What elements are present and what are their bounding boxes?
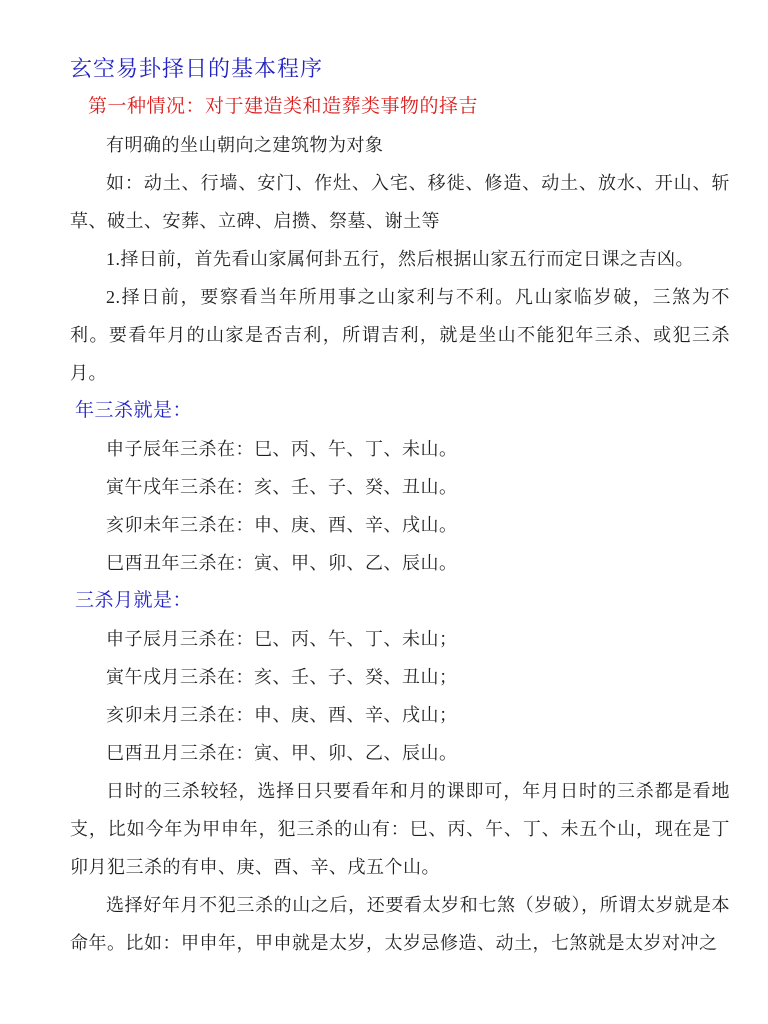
paragraph-intro: 有明确的坐山朝向之建筑物为对象 (70, 126, 730, 164)
page-title: 玄空易卦择日的基本程序 (70, 50, 730, 88)
month-sansha-line: 巳酉丑月三杀在：寅、甲、卯、乙、辰山。 (70, 734, 730, 772)
year-sansha-line: 亥卯未年三杀在：申、庚、酉、辛、戌山。 (70, 506, 730, 544)
case1-heading: 第一种情况：对于建造类和造葬类事物的择吉 (70, 88, 730, 126)
year-sansha-line: 申子辰年三杀在：巳、丙、午、丁、未山。 (70, 430, 730, 468)
paragraph-taisui: 选择好年月不犯三杀的山之后，还要看太岁和七煞（岁破），所谓太岁就是本命年。比如：… (70, 886, 730, 962)
document-page: 玄空易卦择日的基本程序 第一种情况：对于建造类和造葬类事物的择吉 有明确的坐山朝… (0, 0, 768, 1024)
paragraph-step2: 2.择日前，要察看当年所用事之山家利与不利。凡山家临岁破，三煞为不利。要看年月的… (70, 278, 730, 392)
month-sansha-line: 亥卯未月三杀在：申、庚、酉、辛、戌山； (70, 696, 730, 734)
paragraph-day-hour-sansha: 日时的三杀较轻，选择日只要看年和月的课即可，年月日时的三杀都是看地支，比如今年为… (70, 772, 730, 886)
month-sansha-line: 申子辰月三杀在：巳、丙、午、丁、未山； (70, 620, 730, 658)
year-sansha-line: 巳酉丑年三杀在：寅、甲、卯、乙、辰山。 (70, 544, 730, 582)
month-sansha-heading: 三杀月就是： (70, 582, 730, 620)
month-sansha-line: 寅午戌月三杀在：亥、壬、子、癸、丑山； (70, 658, 730, 696)
year-sansha-heading: 年三杀就是： (70, 392, 730, 430)
year-sansha-line: 寅午戌年三杀在：亥、壬、子、癸、丑山。 (70, 468, 730, 506)
paragraph-examples: 如：动土、行墙、安门、作灶、入宅、移徙、修造、动土、放水、开山、斩草、破土、安葬… (70, 164, 730, 240)
paragraph-step1: 1.择日前，首先看山家属何卦五行，然后根据山家五行而定日课之吉凶。 (70, 240, 730, 278)
